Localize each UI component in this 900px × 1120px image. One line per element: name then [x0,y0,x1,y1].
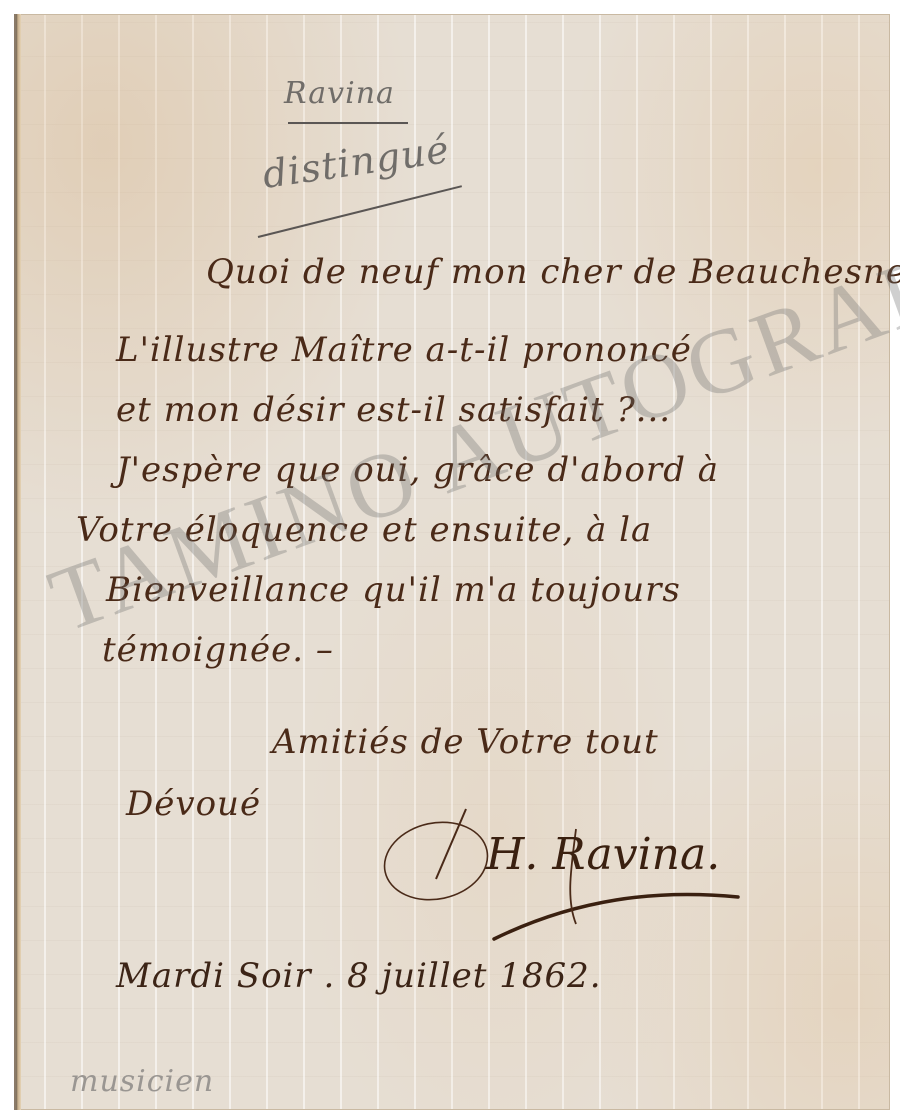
closing-line-1: Amitiés de Votre tout [272,722,659,762]
pencil-note-musician: musicien [70,1064,214,1099]
signature-block: H. Ravina. [376,789,756,949]
letter-line-1: Quoi de neuf mon cher de Beauchesne, [206,252,900,292]
pencil-note-distinction: distingué [260,127,452,197]
closing-line-2: Dévoué [126,784,261,824]
letter-line-7: témoignée. – [102,630,334,670]
paper-left-edge [16,14,21,1110]
letter-page: Ravina distingué Quoi de neuf mon cher d… [16,14,890,1110]
letter-line-3: et mon désir est-il satisfait ?... [116,390,671,430]
pencil-underline-name [288,122,408,124]
letter-line-5: Votre éloquence et ensuite, à la [76,510,652,550]
letter-line-2: L'illustre Maître a-t-il prononcé [116,330,692,370]
pencil-note-name: Ravina [284,76,395,111]
letter-line-4: J'espère que oui, grâce d'abord à [116,450,719,490]
signature-name: H. Ravina. [486,829,720,880]
letter-line-6: Bienveillance qu'il m'a toujours [106,570,681,610]
date-line: Mardi Soir . 8 juillet 1862. [116,956,602,996]
